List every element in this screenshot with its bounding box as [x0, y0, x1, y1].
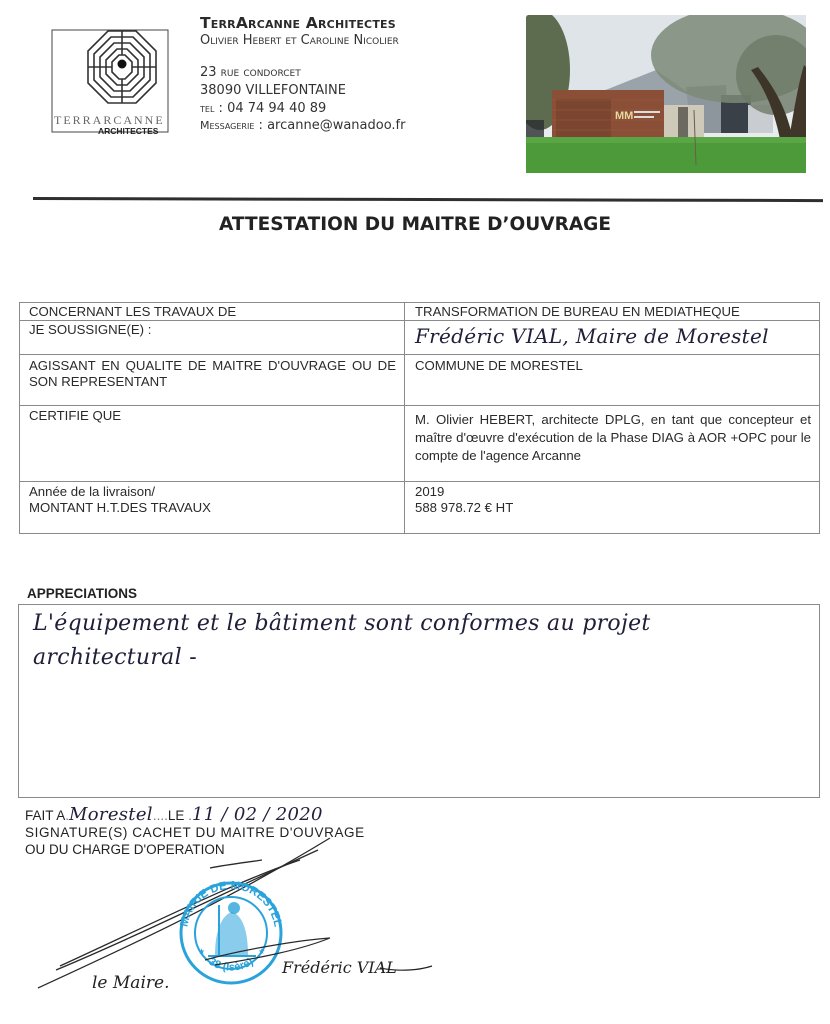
appreciations-text: L'équipement et le bâtiment sont conform…: [33, 607, 793, 675]
svg-text:38 (Isère): 38 (Isère): [207, 956, 256, 974]
company-address: 23 rue condorcet 38090 VILLEFONTAINE tel…: [200, 64, 405, 136]
header-divider: [33, 197, 823, 202]
page-title: ATTESTATION DU MAITRE D’OUVRAGE: [0, 214, 830, 235]
label-soussigne: JE SOUSSIGNE(E) :: [20, 321, 405, 355]
table-row: CERTIFIE QUE M. Olivier HEBERT, architec…: [20, 406, 820, 482]
appreciations-box[interactable]: L'équipement et le bâtiment sont conform…: [18, 604, 820, 798]
value-certifie: M. Olivier HEBERT, architecte DPLG, en t…: [405, 406, 820, 482]
svg-text:le Maire.: le Maire.: [92, 973, 169, 993]
label-annee-livraison: Année de la livraison/: [29, 484, 396, 500]
svg-text:★: ★: [198, 947, 205, 956]
label-certifie: CERTIFIE QUE: [20, 406, 405, 482]
svg-text:MM: MM: [615, 110, 633, 122]
value-annee: 2019: [415, 484, 811, 500]
value-livraison-montant: 2019 588 978.72 € HT: [405, 482, 820, 534]
handwritten-signatory: Frédéric VIAL, Maire de Morestel: [415, 324, 769, 348]
value-montant: 588 978.72 € HT: [415, 500, 811, 516]
svg-text:ARCHITECTES: ARCHITECTES: [98, 126, 159, 136]
appreciations-label: APPRECIATIONS: [27, 586, 137, 601]
table-row: AGISSANT EN QUALITE DE MAITRE D'OUVRAGE …: [20, 355, 820, 406]
signature-area: ★ ★ MAIRIE DE MORESTEL 38 (Isère) le Mai…: [0, 820, 830, 1024]
email-line: Messagerie : arcanne@wanadoo.fr: [200, 117, 405, 135]
label-livraison-montant: Année de la livraison/ MONTANT H.T.DES T…: [20, 482, 405, 534]
table-row: Année de la livraison/ MONTANT H.T.DES T…: [20, 482, 820, 534]
address-street: 23 rue condorcet: [200, 64, 405, 82]
svg-text:TERRARCANNE: TERRARCANNE: [54, 113, 165, 127]
company-logo: TERRARCANNE ARCHITECTES: [50, 26, 170, 138]
value-travaux: TRANSFORMATION DE BUREAU EN MEDIATHEQUE: [405, 303, 820, 321]
address-city: 38090 VILLEFONTAINE: [200, 82, 405, 100]
company-partners: Olivier Hebert et Caroline Nicolier: [200, 33, 405, 49]
label-travaux: CONCERNANT LES TRAVAUX DE: [20, 303, 405, 321]
mediatheque-building-photo: MM: [526, 15, 806, 173]
table-row: JE SOUSSIGNE(E) : Frédéric VIAL, Maire d…: [20, 321, 820, 355]
labyrinth-logo-icon: TERRARCANNE ARCHITECTES: [50, 26, 170, 138]
phone-number: 04 74 94 40 89: [227, 101, 326, 116]
attestation-table: CONCERNANT LES TRAVAUX DE TRANSFORMATION…: [19, 302, 820, 534]
table-row: CONCERNANT LES TRAVAUX DE TRANSFORMATION…: [20, 303, 820, 321]
value-qualite: COMMUNE DE MORESTEL: [405, 355, 820, 406]
signature-stamp-drawing: ★ ★ MAIRIE DE MORESTEL 38 (Isère) le Mai…: [0, 820, 830, 1024]
company-block: TerrArcanne Architectes Olivier Hebert e…: [200, 14, 405, 135]
label-qualite: AGISSANT EN QUALITE DE MAITRE D'OUVRAGE …: [20, 355, 405, 406]
email-link[interactable]: arcanne@wanadoo.fr: [267, 118, 405, 133]
building-photo: MM: [526, 15, 806, 173]
phone-line: tel : 04 74 94 40 89: [200, 100, 405, 118]
label-montant: MONTANT H.T.DES TRAVAUX: [29, 500, 396, 516]
company-name: TerrArcanne Architectes: [200, 14, 405, 33]
svg-text:Frédéric VIAL: Frédéric VIAL: [281, 958, 397, 977]
value-soussigne[interactable]: Frédéric VIAL, Maire de Morestel: [405, 321, 820, 355]
